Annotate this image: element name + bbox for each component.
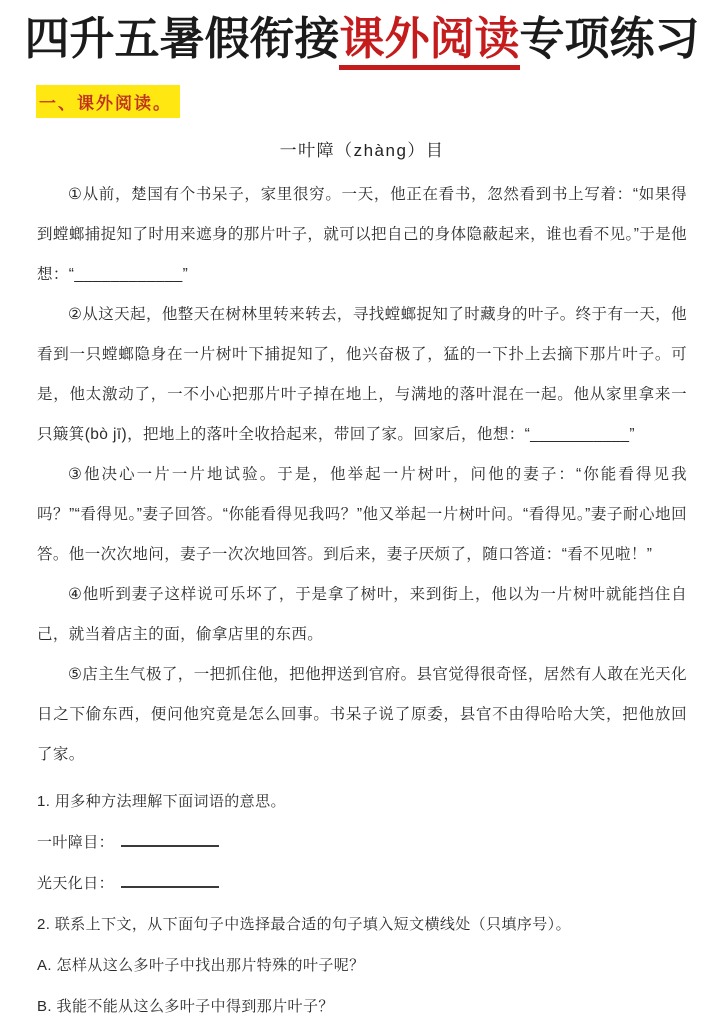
question-2-option-a: A. 怎样从这么多叶子中找出那片特殊的叶子呢？ [37, 945, 687, 986]
option-a-label: A. 怎样从这么多叶子中找出那片特殊的叶子呢？ [37, 957, 365, 974]
question-1-blank-row-1: 一叶障目： [37, 822, 687, 863]
passage-paragraph-4: ④他听到妻子这样说可乐坏了，于是拿了树叶，来到街上，他以为一片树叶就能挡住自己，… [37, 575, 687, 655]
passage-title: 一叶障（zhàng）目 [0, 139, 724, 163]
title-segment-black-left: 四升五暑假衔接 [24, 13, 339, 64]
passage-paragraph-3: ③他决心一片一片地试验。于是，他举起一片树叶，问他的妻子：“你能看得见我吗？”“… [37, 455, 687, 575]
section-header-row: 一、课外阅读。 [36, 85, 724, 118]
worksheet-page: 四升五暑假衔接课外阅读专项练习 一、课外阅读。 一叶障（zhàng）目 ①从前，… [0, 0, 724, 1024]
option-b-label: B. 我能不能从这么多叶子中得到那片叶子？ [37, 998, 334, 1015]
question-1-label: 1. 用多种方法理解下面词语的意思。 [37, 793, 286, 810]
answer-blank-line [121, 830, 219, 847]
passage-paragraph-5: ⑤店主生气极了，一把抓住他，把他押送到官府。县官觉得很奇怪，居然有人敢在光天化日… [37, 655, 687, 775]
question-2-label: 2. 联系上下文，从下面句子中选择最合适的句子填入短文横线处（只填序号）。 [37, 916, 571, 933]
page-title: 四升五暑假衔接课外阅读专项练习 [8, 8, 716, 70]
answer-blank-line [121, 871, 219, 888]
passage-body: ①从前，楚国有个书呆子，家里很穷。一天，他正在看书，忽然看到书上写着：“如果得到… [37, 175, 687, 775]
question-2-text: 2. 联系上下文，从下面句子中选择最合适的句子填入短文横线处（只填序号）。 [37, 904, 687, 945]
questions-section: 1. 用多种方法理解下面词语的意思。 一叶障目： 光天化日： 2. 联系上下文，… [37, 781, 687, 1024]
question-1-blank-row-2: 光天化日： [37, 863, 687, 904]
question-1-text: 1. 用多种方法理解下面词语的意思。 [37, 781, 687, 822]
title-segment-red-underlined: 课外阅读 [339, 13, 519, 70]
question-2-option-b: B. 我能不能从这么多叶子中得到那片叶子？ [37, 986, 687, 1024]
section-header-highlighted: 一、课外阅读。 [36, 85, 180, 118]
passage-paragraph-1: ①从前，楚国有个书呆子，家里很穷。一天，他正在看书，忽然看到书上写着：“如果得到… [37, 175, 687, 295]
blank-label-yiyezhangmu: 一叶障目： [37, 834, 114, 851]
passage-paragraph-2: ②从这天起，他整天在树林里转来转去，寻找螳螂捉知了时藏身的叶子。终于有一天，他看… [37, 295, 687, 455]
blank-label-guangtianhuari: 光天化日： [37, 875, 114, 892]
title-segment-black-right: 专项练习 [520, 13, 700, 64]
